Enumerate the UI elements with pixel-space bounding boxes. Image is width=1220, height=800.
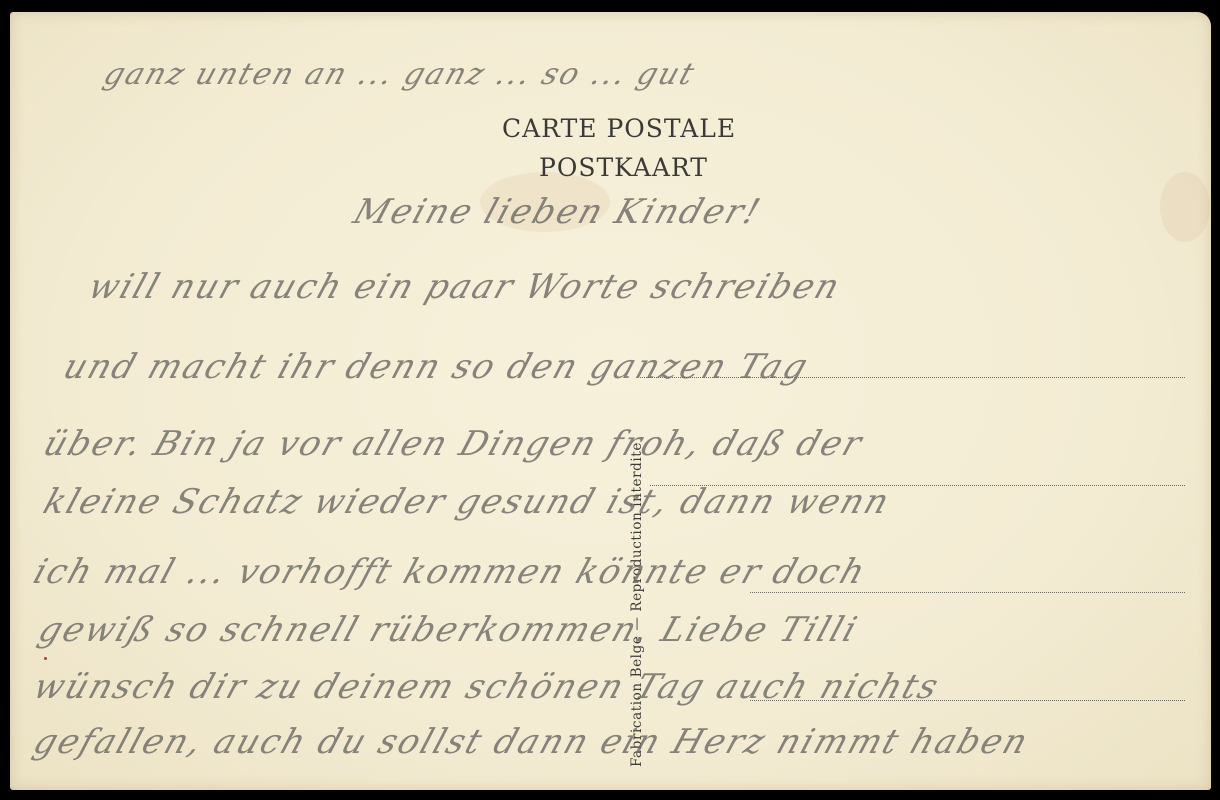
paper-speck (44, 657, 47, 660)
handwriting-line-7: gewiß so schnell rüberkommen. Liebe Till… (34, 610, 864, 650)
handwriting-line-0: ganz unten an ... ganz ... so ... gut (99, 57, 700, 92)
handwriting-line-8: wünsch dir zu deinem schönen Tag auch ni… (29, 667, 945, 707)
handwriting-line-6: ich mal ... vorhofft kommen könnte er do… (29, 552, 872, 592)
postcard-back: CARTE POSTALE POSTKAART Fabrication Belg… (10, 12, 1211, 790)
handwriting-line-3: und macht ihr denn so den ganzen Tag (59, 347, 815, 387)
handwriting-line-4: über. Bin ja vor allen Dingen froh, daß … (39, 424, 869, 464)
title-postkaart: POSTKAART (539, 153, 708, 182)
handwriting-line-5: kleine Schatz wieder gesund ist, dann we… (39, 482, 896, 522)
address-line-3 (750, 592, 1185, 593)
title-carte-postale: CARTE POSTALE (502, 114, 736, 143)
handwriting-line-9: gefallen, auch du sollst dann ein Herz n… (29, 722, 1035, 762)
handwriting-line-2: will nur auch ein paar Worte schreiben (84, 267, 847, 307)
handwriting-line-1: Meine lieben Kinder! (349, 192, 767, 232)
paper-stain (1160, 172, 1210, 242)
